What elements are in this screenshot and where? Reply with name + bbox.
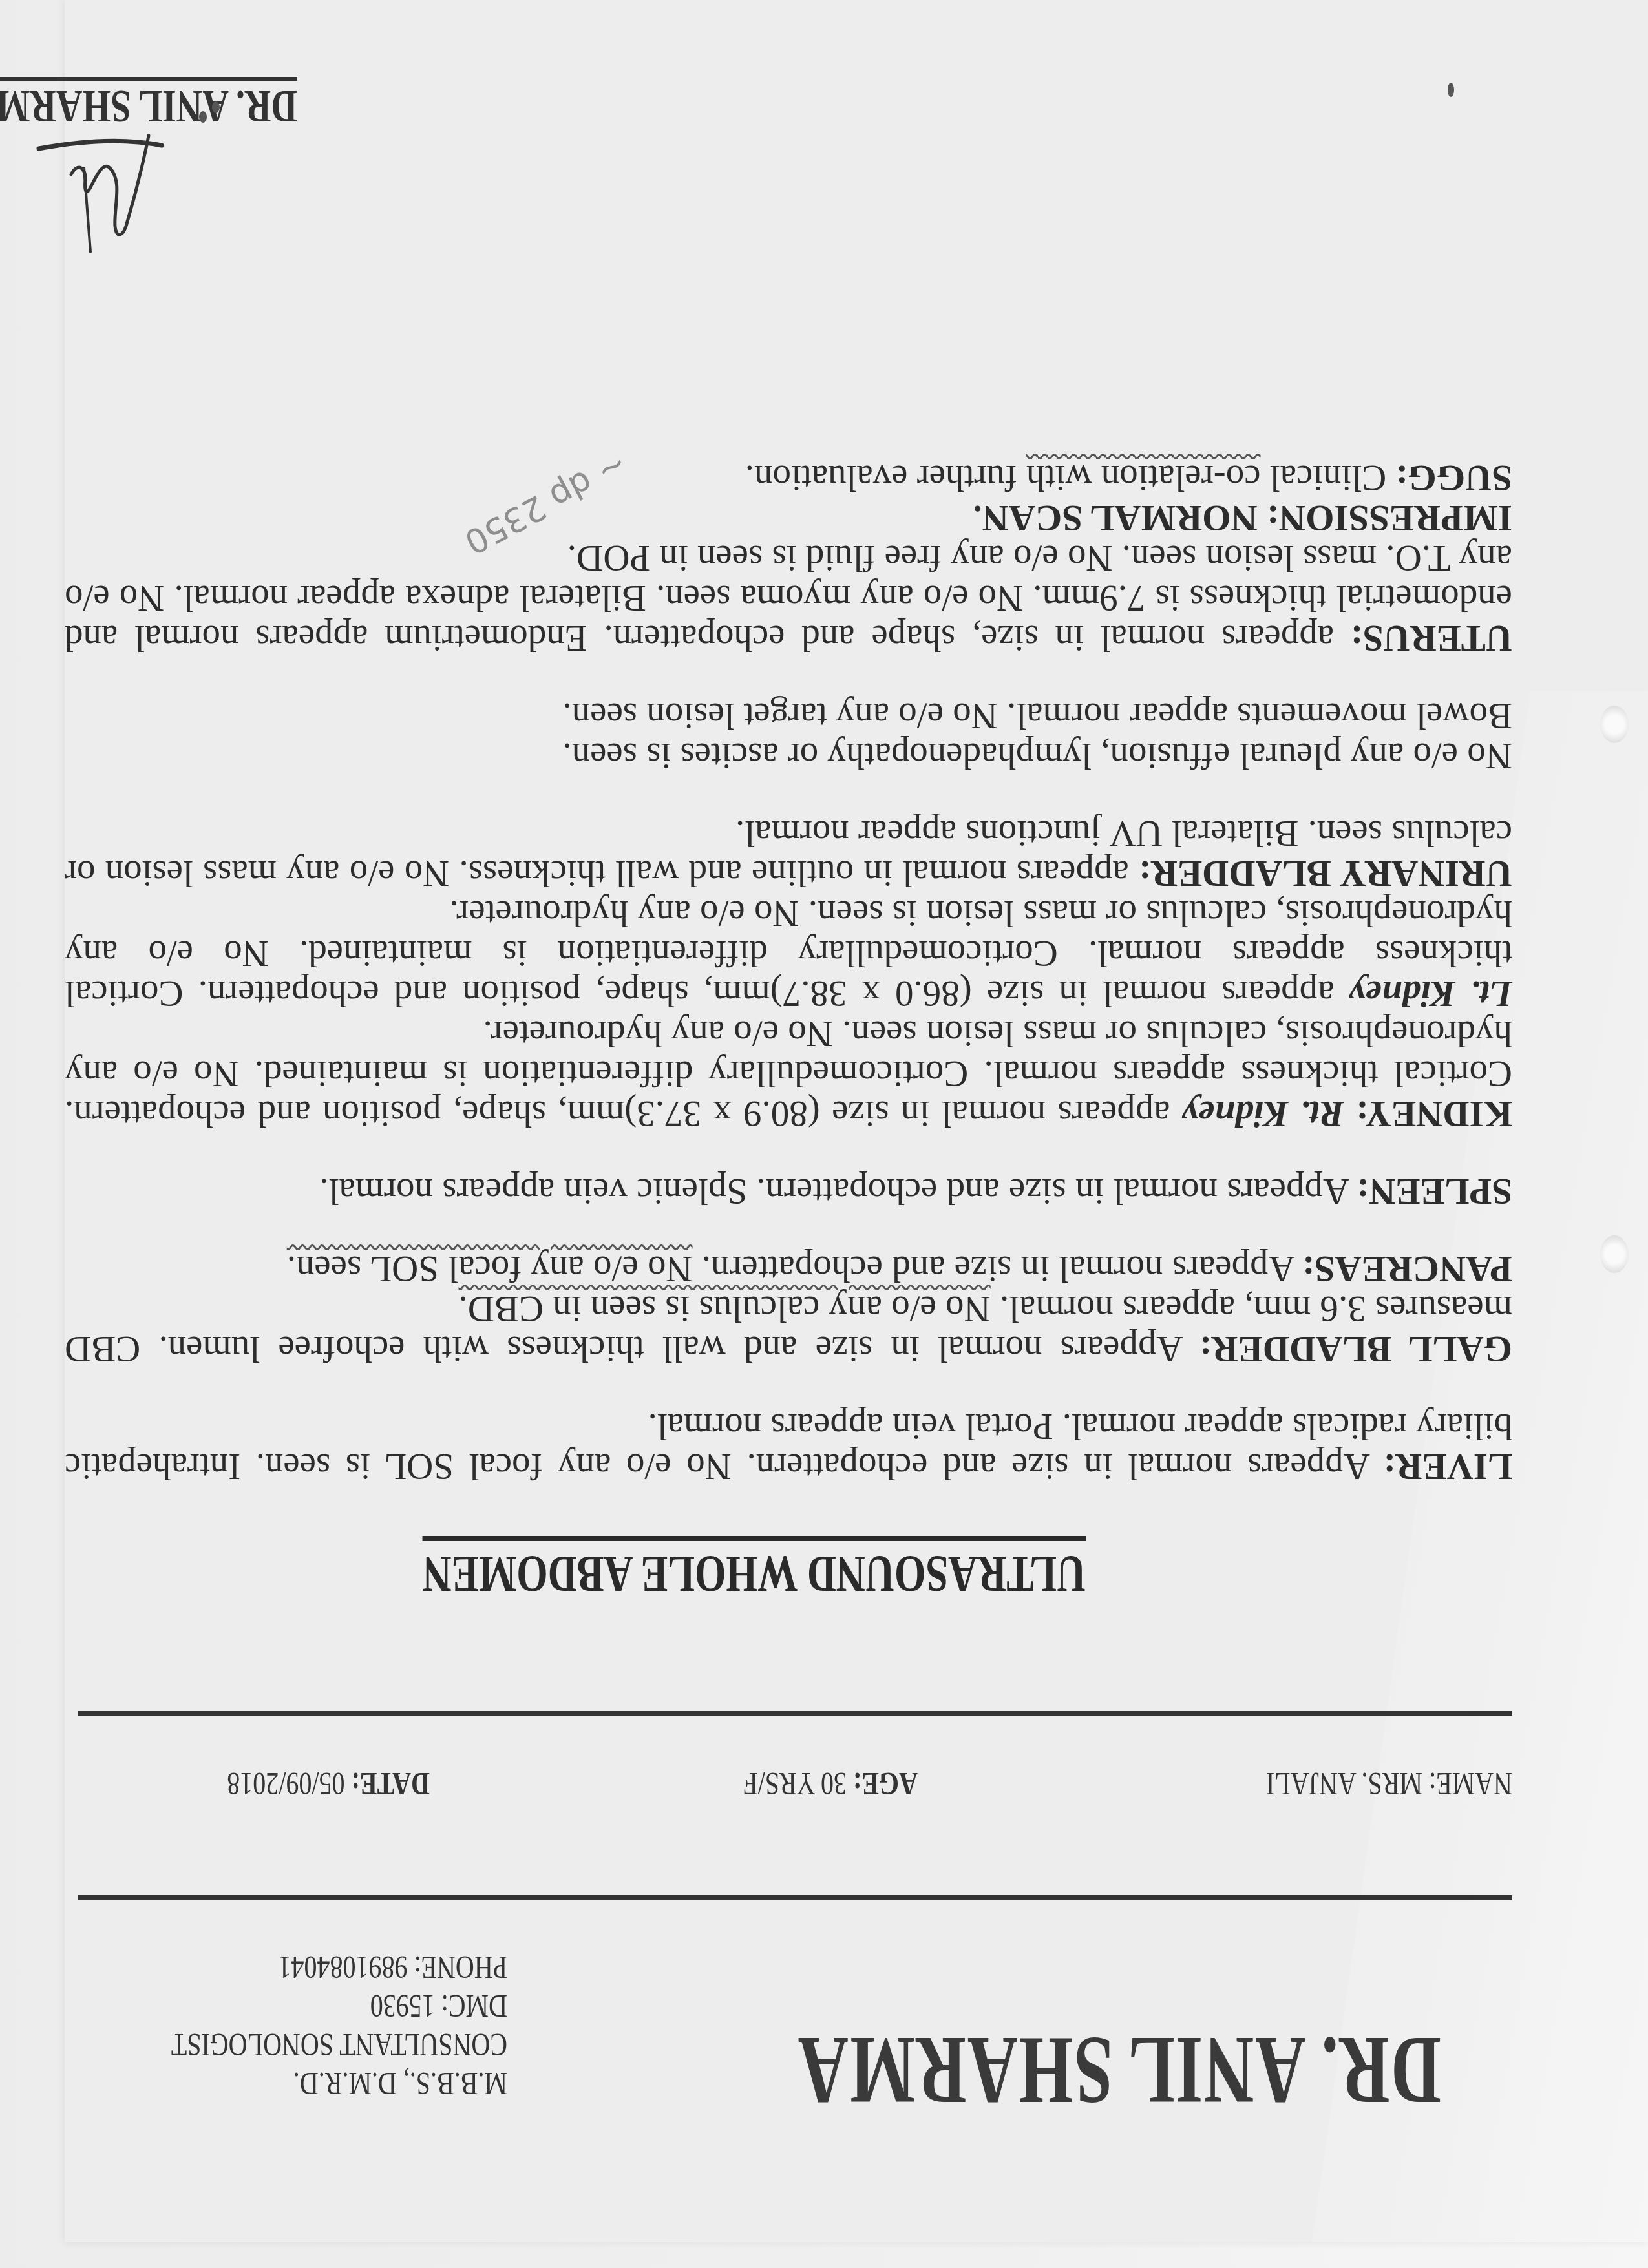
signature-icon xyxy=(26,129,187,265)
finding-bowel: Bowel movements appear normal. No e/o an… xyxy=(65,695,1512,735)
impression-label: IMPRESSION: xyxy=(1267,498,1512,538)
qualifications: M.B.B.S., D.M.R.D. xyxy=(171,2064,507,2103)
ink-speck xyxy=(1448,83,1454,97)
finding-liver: LIVER: Appears normal in size and echopa… xyxy=(65,1406,1512,1486)
divider-bottom xyxy=(78,1711,1512,1716)
dmc-number: DMC: 15930 xyxy=(171,1987,507,2026)
finding-label: PANCREAS: xyxy=(1302,1248,1512,1289)
finding-text-underlined: No e/o any focal SOL seen. xyxy=(287,1248,693,1289)
report-title: ULTRASOUND WHOLE ABDOMEN xyxy=(423,1536,1086,1602)
finding-sublabel: Rt. Kidney xyxy=(1182,1093,1344,1134)
finding-label: URINARY BLADDER: xyxy=(1139,853,1512,894)
punch-hole xyxy=(1600,706,1629,743)
signer-name: DR. ANIL SHARMA xyxy=(0,77,297,132)
punch-hole xyxy=(1600,1235,1629,1273)
signature-block: DR. ANIL SHARMA xyxy=(0,71,297,265)
patient-name-label: NAME: xyxy=(1429,1766,1512,1802)
suggestion-text: further evaluation. xyxy=(745,457,1026,498)
designation: CONSULTANT SONOLOGIST xyxy=(171,2026,507,2064)
finding-kidney-left: Lt. Kidney appears normal in size (86.0 … xyxy=(65,893,1512,1013)
finding-text: Appears normal in size and echopattern. … xyxy=(319,1171,1349,1212)
finding-label: UTERUS: xyxy=(1351,618,1512,658)
finding-label: GALL BLADDER: xyxy=(1199,1328,1512,1369)
report-date-label: DATE: xyxy=(352,1766,430,1802)
finding-label: SPLEEN: xyxy=(1357,1171,1512,1212)
impression: IMPRESSION: NORMAL SCAN. xyxy=(65,498,1512,538)
finding-pancreas: PANCREAS: Appears normal in size and ech… xyxy=(65,1248,1512,1288)
finding-text-underlined: No e/o any calculus is seen in CBD. xyxy=(459,1288,991,1329)
finding-gall-bladder: GALL BLADDER: Appears normal in size and… xyxy=(65,1288,1512,1369)
suggestion-text: Clinical xyxy=(1261,457,1387,498)
ink-speck xyxy=(212,101,220,113)
finding-uterus: UTERUS: appears normal in size, shape an… xyxy=(65,538,1512,658)
finding-text: Bowel movements appear normal. No e/o an… xyxy=(563,695,1512,736)
report-page: DR. ANIL SHARMA M.B.B.S., D.M.R.D. CONSU… xyxy=(0,0,1648,2268)
findings: LIVER: Appears normal in size and echopa… xyxy=(65,420,1512,1486)
report-date: DATE: 05/09/2018 xyxy=(227,1765,430,1803)
finding-text: No e/o any pleural effusion, lymphadenop… xyxy=(563,735,1512,776)
finding-text: appears normal in size, shape and echopa… xyxy=(65,538,1512,658)
patient-age: AGE: 30 YRS/F xyxy=(743,1765,918,1803)
finding-text: Appears normal in size and echopattern. xyxy=(693,1248,1295,1289)
finding-label: KIDNEY: xyxy=(1356,1093,1512,1134)
finding-kidney-right: KIDNEY: Rt. Kidney appears normal in siz… xyxy=(65,1013,1512,1133)
letterhead-details: M.B.B.S., D.M.R.D. CONSULTANT SONOLOGIST… xyxy=(171,1948,507,2103)
divider-top xyxy=(78,1895,1512,1900)
finding-general: No e/o any pleural effusion, lymphadenop… xyxy=(65,735,1512,775)
finding-spleen: SPLEEN: Appears normal in size and echop… xyxy=(65,1171,1512,1211)
paper-sheet: DR. ANIL SHARMA M.B.B.S., D.M.R.D. CONSU… xyxy=(65,0,1648,2242)
impression-value: NORMAL SCAN. xyxy=(973,498,1258,538)
suggestion-text-underlined: co-relation with xyxy=(1026,457,1260,498)
finding-label: LIVER: xyxy=(1383,1446,1512,1487)
patient-age-label: AGE: xyxy=(853,1766,918,1802)
finding-text: Appears normal in size and echopattern. … xyxy=(65,1406,1512,1487)
letterhead-doctor-name: DR. ANIL SHARMA xyxy=(797,2015,1441,2126)
report-date-value: 05/09/2018 xyxy=(227,1766,344,1802)
suggestion-label: SUGG: xyxy=(1395,457,1512,498)
phone-number: PHONE: 9891084041 xyxy=(171,1948,507,1987)
suggestion: SUGG: Clinical co-relation with further … xyxy=(65,457,1512,498)
finding-sublabel: Lt. Kidney xyxy=(1349,973,1512,1014)
finding-urinary-bladder: URINARY BLADDER: appears normal in outli… xyxy=(65,813,1512,893)
patient-name: NAME: MRS. ANJALI xyxy=(1266,1765,1512,1803)
ink-speck xyxy=(199,111,207,123)
patient-name-value: MRS. ANJALI xyxy=(1266,1766,1422,1802)
finding-text: appears normal in size (86.0 x 38.7)mm, … xyxy=(65,893,1512,1014)
patient-age-value: 30 YRS/F xyxy=(743,1766,847,1802)
